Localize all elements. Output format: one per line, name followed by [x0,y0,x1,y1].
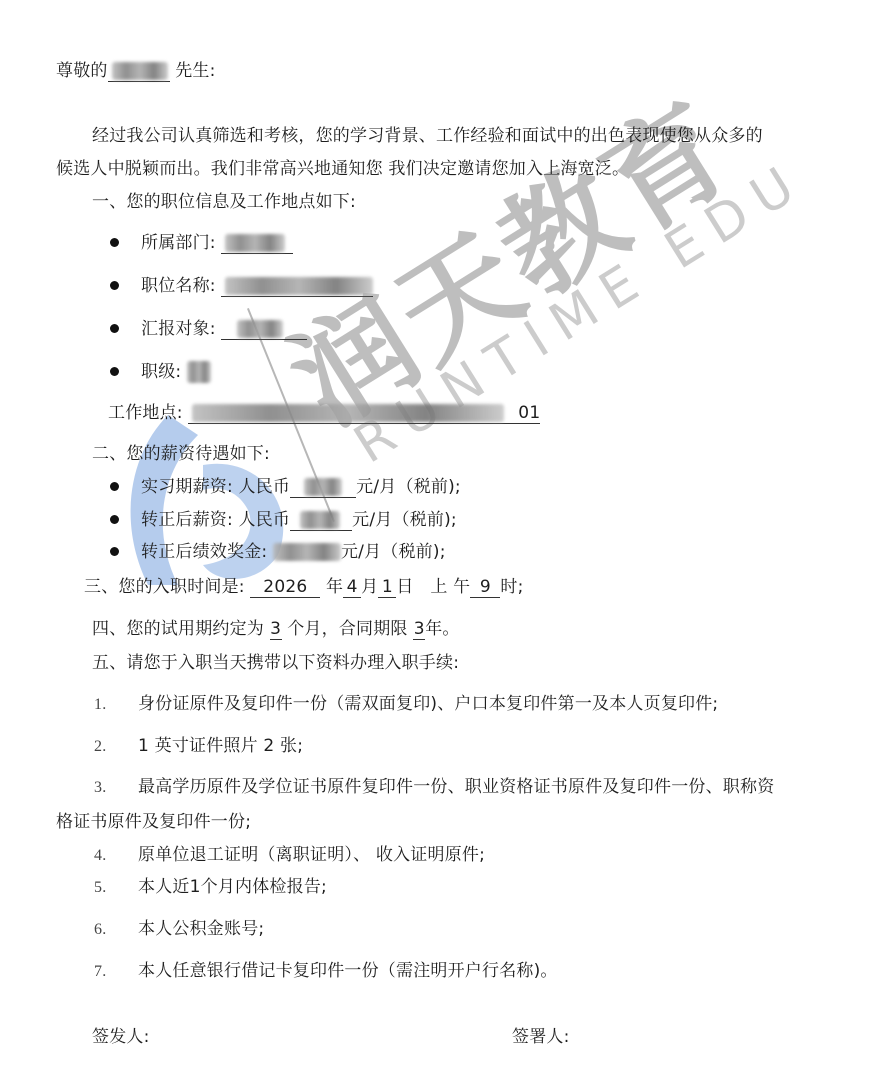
item-number: 2. [94,736,138,758]
intern-salary-unit: 元/月（税前); [356,477,461,497]
level-value-redacted [187,361,211,383]
start-hour: 9 [470,577,500,598]
title-label: 职位名称: [141,276,216,296]
day-unit: 日 [396,577,413,597]
bullet-icon [110,324,119,333]
document-item-2: 2.1 英寸证件照片 2 张; [94,735,303,758]
bonus-unit: 元/月（税前); [341,542,446,562]
bonus-value-redacted [273,543,341,561]
salary-item-bonus: 转正后绩效奖金: 元/月（税前); [110,541,446,563]
regular-salary-unit: 元/月（税前); [352,510,457,530]
contract-suffix: 年。 [425,619,459,639]
item-text: 本人公积金账号; [138,919,264,939]
regular-salary-label: 转正后薪资: 人民币 [141,510,290,530]
document-item-3-continuation: 格证书原件及复印件一份; [56,811,251,833]
section-2-heading: 二、您的薪资待遇如下: [92,443,270,465]
watermark-english-text: RUNTIME EDU [344,149,816,475]
intro-line-1: 经过我公司认真筛选和考核，您的学习背景、工作经验和面试中的出色表现使您从众多的 [92,125,763,147]
title-value-redacted [221,276,373,297]
probation-months: 3 [270,619,282,640]
item-number: 6. [94,919,138,941]
probation-middle: 个月，合同期限 [287,619,407,639]
start-year: 2026 [250,577,320,598]
salutation: 尊敬的 先生: [56,60,216,82]
start-month: 4 [343,577,361,598]
item-text: 本人任意银行借记卡复印件一份（需注明开户行名称)。 [138,961,558,981]
issuer-signature-label: 签发人: [92,1026,150,1048]
document-item-4: 4.原单位退工证明（离职证明）、 收入证明原件; [94,844,485,867]
bullet-icon [110,547,119,556]
salary-item-intern: 实习期薪资: 人民币 元/月（税前); [110,476,461,498]
recipient-name-redacted [108,61,170,82]
item-text: 本人近1个月内体检报告; [138,877,327,897]
item-text: 1 英寸证件照片 2 张; [138,736,303,756]
start-date-prefix: 三、您的入职时间是: [84,577,245,597]
bullet-icon [110,281,119,290]
position-item-department: 所属部门: [110,232,293,254]
report-to-label: 汇报对象: [141,319,216,339]
time-period: 上 午 [430,577,470,597]
work-location-suffix: 01 [518,403,540,423]
item-number: 3. [94,777,138,799]
department-value-redacted [221,233,293,254]
item-text: 最高学历原件及学位证书原件复印件一份、职业资格证书原件及复印件一份、职称资 [138,777,774,797]
document-item-3: 3.最高学历原件及学位证书原件复印件一份、职业资格证书原件及复印件一份、职称资 [94,776,774,799]
hour-unit: 时; [500,577,523,597]
contract-years: 3 [413,619,425,640]
item-number: 1. [94,694,138,716]
start-day: 1 [378,577,396,598]
section-5-heading: 五、请您于入职当天携带以下资料办理入职手续: [92,652,459,674]
start-date: 三、您的入职时间是: 2026 年4月1日 上 午9时; [84,576,524,598]
item-number: 7. [94,961,138,983]
section-1-heading: 一、您的职位信息及工作地点如下: [92,191,356,213]
probation-prefix: 四、您的试用期约定为 [92,619,264,639]
work-location: 工作地点: 01 [108,402,540,424]
item-text: 身份证原件及复印件一份（需双面复印)、户口本复印件第一及本人页复印件; [138,694,718,714]
bullet-icon [110,482,119,491]
level-label: 职级: [141,362,181,382]
department-label: 所属部门: [141,233,216,253]
watermark-chinese-text: 润天教育 [255,54,759,457]
position-item-level: 职级: [110,361,211,383]
month-unit: 月 [361,577,378,597]
work-location-value: 01 [188,403,540,424]
item-text: 原单位退工证明（离职证明）、 收入证明原件; [138,845,485,865]
document-item-5: 5.本人近1个月内体检报告; [94,876,327,899]
bullet-icon [110,367,119,376]
item-number: 4. [94,845,138,867]
year-unit: 年 [326,577,343,597]
work-location-label: 工作地点: [108,403,183,423]
position-item-title: 职位名称: [110,275,373,297]
report-to-value-redacted [221,319,307,340]
bullet-icon [110,238,119,247]
position-item-report-to: 汇报对象: [110,318,307,340]
salutation-suffix: 先生: [175,61,215,81]
salutation-prefix: 尊敬的 [56,61,108,81]
intro-line-2: 候选人中脱颖而出。我们非常高兴地通知您 我们决定邀请您加入上海宽泛。 [56,158,629,180]
document-item-7: 7.本人任意银行借记卡复印件一份（需注明开户行名称)。 [94,960,558,983]
salary-item-regular: 转正后薪资: 人民币 元/月（税前); [110,509,457,531]
intern-salary-label: 实习期薪资: 人民币 [141,477,290,497]
regular-salary-value-redacted [290,510,352,531]
item-number: 5. [94,877,138,899]
bullet-icon [110,515,119,524]
bonus-label: 转正后绩效奖金: [141,542,267,562]
document-item-6: 6.本人公积金账号; [94,918,264,941]
signer-signature-label: 签署人: [512,1026,570,1048]
probation-contract: 四、您的试用期约定为 3 个月，合同期限 3年。 [92,618,460,640]
document-item-1: 1.身份证原件及复印件一份（需双面复印)、户口本复印件第一及本人页复印件; [94,693,718,716]
intern-salary-value-redacted [290,477,356,498]
